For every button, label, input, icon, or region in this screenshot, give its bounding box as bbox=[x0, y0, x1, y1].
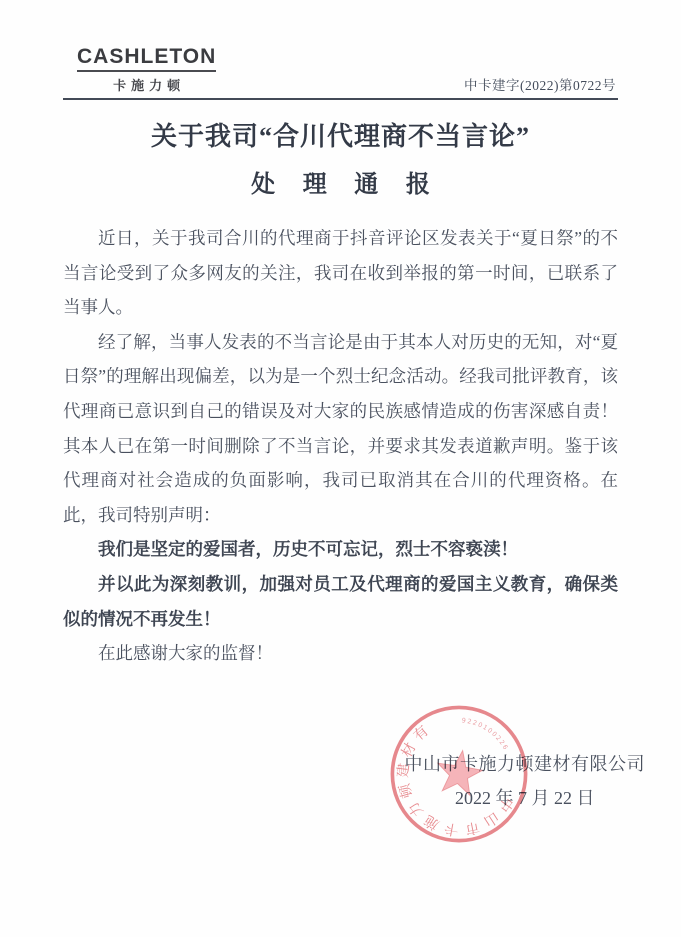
paragraph-4-bold: 并以此为深刻教训，加强对员工及代理商的爱国主义教育，确保类似的情况不再发生！ bbox=[63, 567, 618, 636]
signature-block: 中山市卡施力顿建材有限公司 2022 年 7 月 22 日 bbox=[405, 747, 646, 815]
letterhead: CASHLETON 卡施力顿 中卡建字(2022)第0722号 bbox=[63, 0, 618, 100]
signature-company-name: 中山市卡施力顿建材有限公司 bbox=[405, 747, 646, 781]
signature-date: 2022 年 7 月 22 日 bbox=[405, 781, 646, 815]
notice-title-line1: 关于我司“合川代理商不当言论” bbox=[0, 116, 681, 153]
paragraph-2: 经了解，当事人发表的不当言论是由于其本人对历史的无知，对“夏日祭”的理解出现偏差… bbox=[63, 325, 618, 533]
paragraph-5: 在此感谢大家的监督！ bbox=[63, 636, 618, 671]
company-logo: CASHLETON 卡施力顿 bbox=[77, 45, 216, 94]
document-page: CASHLETON 卡施力顿 中卡建字(2022)第0722号 关于我司“合川代… bbox=[0, 0, 681, 937]
document-number: 中卡建字(2022)第0722号 bbox=[464, 74, 616, 94]
paragraph-1: 近日，关于我司合川的代理商于抖音评论区发表关于“夏日祭”的不当言论受到了众多网友… bbox=[63, 221, 618, 325]
notice-title-line2: 处 理 通 报 bbox=[0, 164, 681, 199]
notice-body: 近日，关于我司合川的代理商于抖音评论区发表关于“夏日祭”的不当言论受到了众多网友… bbox=[63, 221, 618, 671]
logo-text-cn: 卡施力顿 bbox=[77, 75, 216, 94]
logo-text-en: CASHLETON bbox=[77, 45, 216, 72]
paragraph-3-bold: 我们是坚定的爱国者，历史不可忘记，烈士不容亵渎！ bbox=[63, 532, 618, 567]
